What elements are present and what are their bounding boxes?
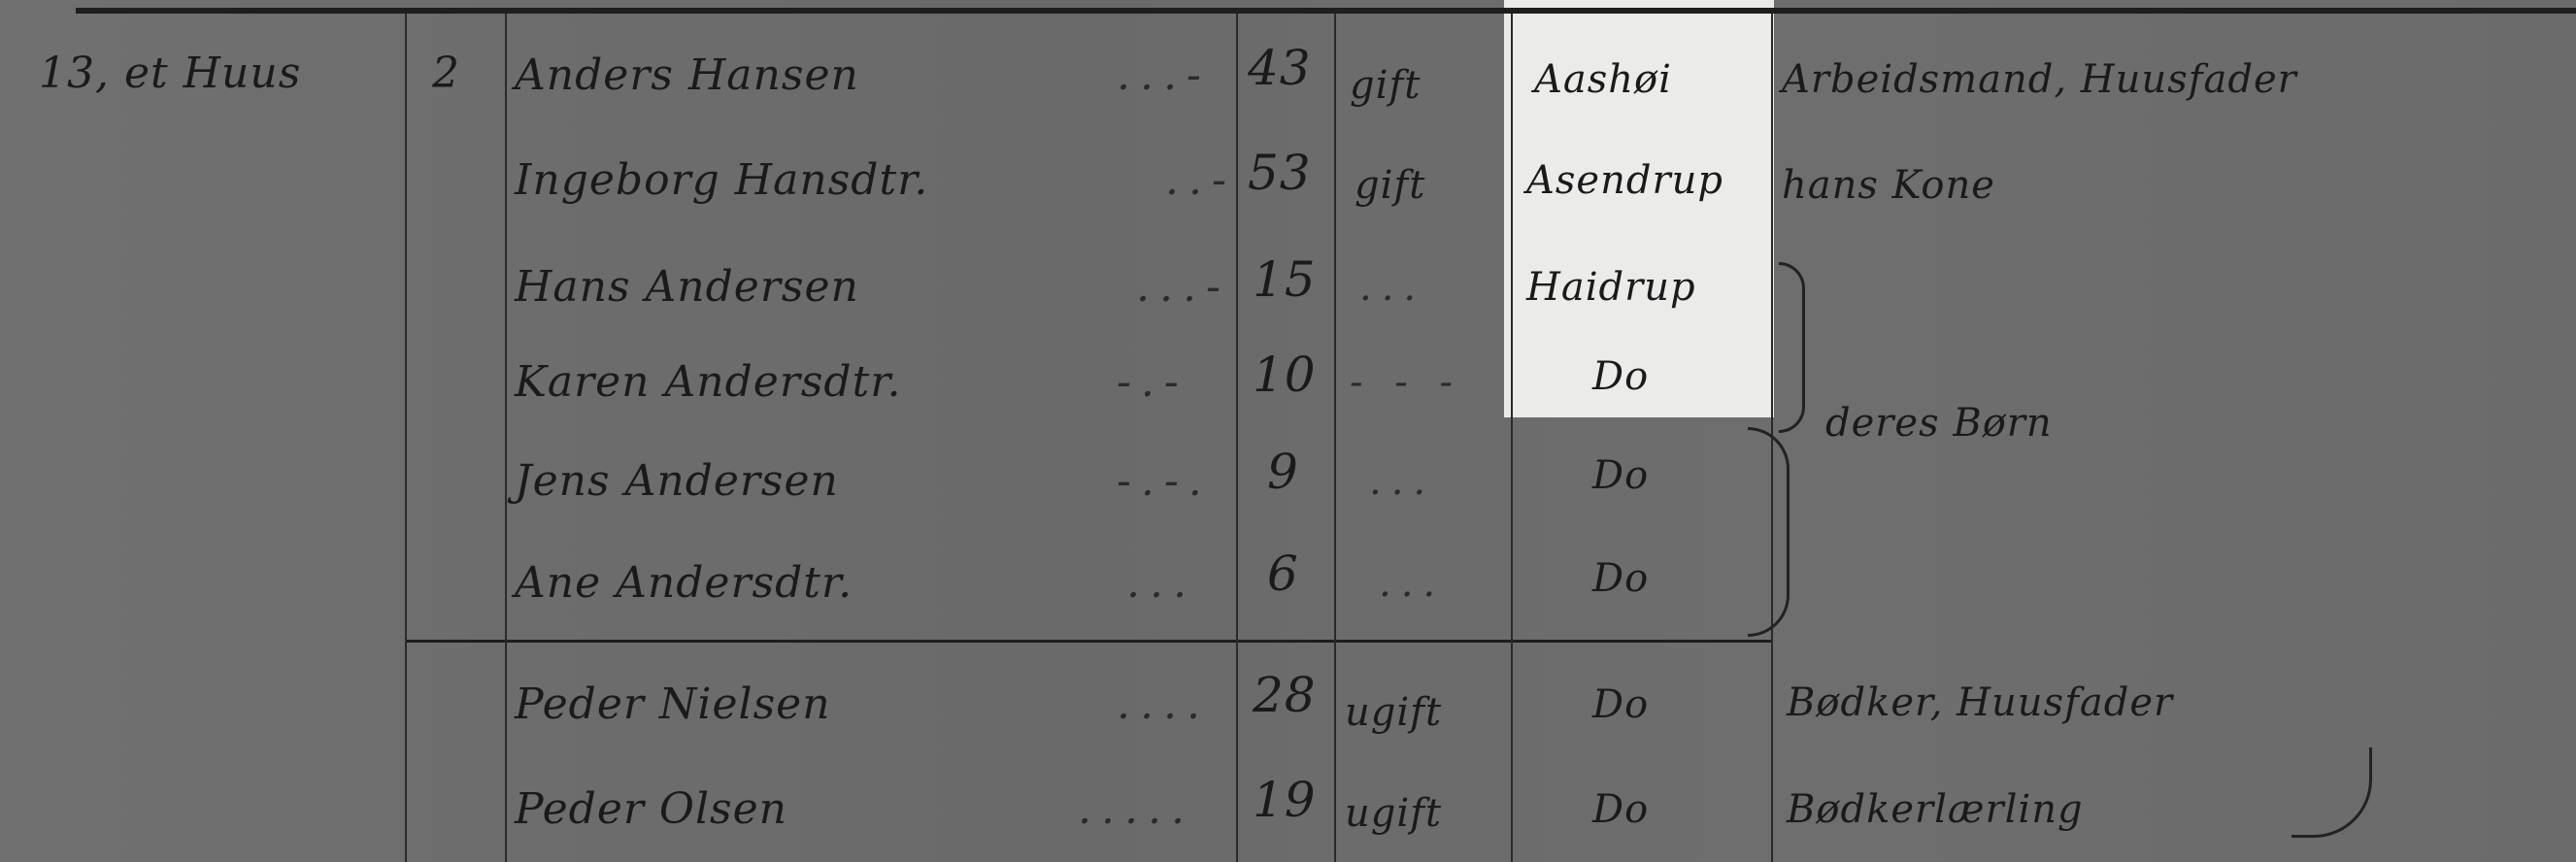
row-age: 19	[1253, 775, 1317, 825]
family-number: 2	[432, 49, 460, 99]
leader-dots: ...-	[1117, 50, 1211, 101]
children-brace-upper	[1779, 262, 1805, 433]
leader-dots: ..-	[1165, 155, 1236, 206]
column-line-3	[1236, 14, 1238, 862]
row-civil-status: ugift	[1345, 788, 1442, 839]
row-name: Hans Andersen	[515, 262, 859, 313]
leader-dots: -.-	[1117, 357, 1188, 408]
row-occupation: hans Kone	[1782, 160, 1995, 211]
row-birthplace: Haidrup	[1526, 262, 1696, 313]
row-birthplace: Do	[1592, 553, 1649, 604]
row-birthplace: Asendrup	[1526, 155, 1723, 206]
apprentice-bracket	[2292, 747, 2372, 838]
row-name: Ingeborg Hansdtr.	[515, 155, 928, 206]
row-occupation: Arbeidsmand, Huusfader	[1782, 54, 2297, 105]
row-name: Jens Andersen	[515, 456, 839, 507]
row-civil-status: gift	[1350, 60, 1421, 111]
row-birthplace: Do	[1592, 680, 1649, 730]
leader-dots: .....	[1078, 784, 1194, 835]
column-line-2	[505, 14, 507, 862]
children-note: deres Børn	[1825, 398, 2053, 448]
row-age: 43	[1248, 43, 1312, 93]
row-age: 53	[1248, 148, 1312, 198]
row-age: 9	[1267, 447, 1299, 497]
row-birthplace: Aashøi	[1534, 54, 1672, 105]
leader-dots: -.-.	[1117, 456, 1212, 507]
top-rule	[76, 8, 2576, 14]
household-divider	[406, 640, 1772, 643]
leader-dots: ...	[1126, 558, 1196, 609]
row-age: 10	[1253, 349, 1317, 400]
leader-dots: ....	[1117, 680, 1210, 730]
row-name: Peder Nielsen	[515, 680, 831, 730]
row-birthplace: Do	[1592, 351, 1649, 402]
row-birthplace: Do	[1592, 784, 1649, 835]
row-name: Ane Andersdtr.	[515, 558, 853, 609]
column-line-5	[1511, 14, 1513, 862]
row-name: Peder Olsen	[515, 784, 787, 835]
row-age: 28	[1253, 670, 1317, 720]
row-civil-status: - - -	[1350, 357, 1462, 408]
row-civil-status: gift	[1355, 160, 1425, 211]
row-civil-status: ...	[1359, 262, 1425, 313]
row-name: Anders Hansen	[515, 50, 859, 101]
row-civil-status: ugift	[1345, 687, 1442, 738]
leader-dots: ...-	[1136, 262, 1230, 313]
row-name: Karen Andersdtr.	[515, 357, 901, 408]
census-page-scan: 13, et Huus 2 Anders Hansen ...- 43 gift…	[0, 0, 2576, 862]
row-occupation: Bødkerlærling	[1787, 784, 2084, 835]
location-number: 13, et Huus	[39, 49, 301, 99]
row-age: 15	[1253, 254, 1317, 305]
row-age: 6	[1267, 548, 1299, 599]
row-civil-status: ...	[1379, 558, 1445, 609]
row-civil-status: ...	[1369, 456, 1435, 507]
row-birthplace: Do	[1592, 450, 1649, 501]
row-occupation: Bødker, Huusfader	[1787, 678, 2173, 728]
column-line-1	[405, 14, 407, 862]
children-brace-lower	[1748, 427, 1790, 637]
column-line-4	[1334, 14, 1336, 862]
